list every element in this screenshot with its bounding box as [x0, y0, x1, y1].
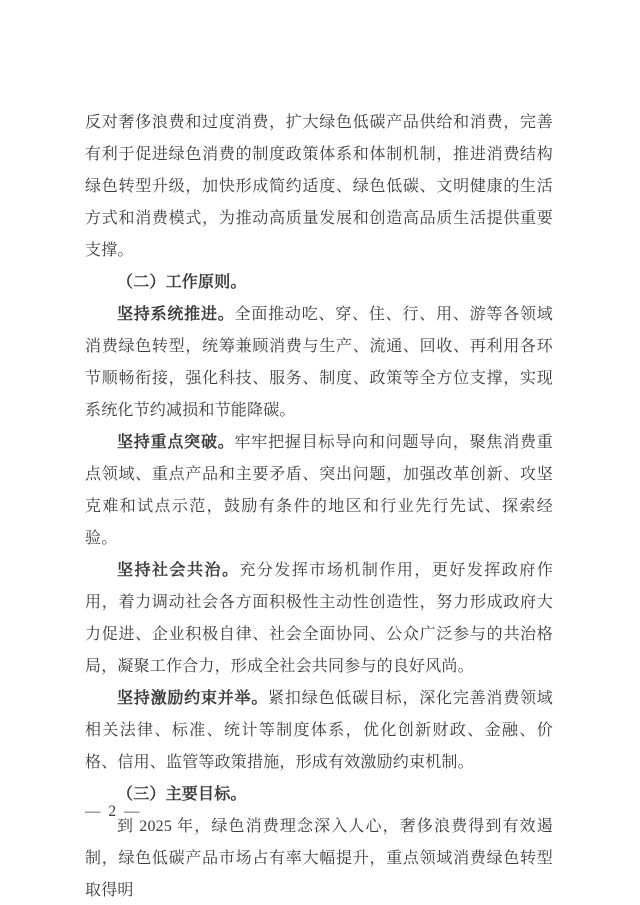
heading-main-goals: （三）主要目标。 [85, 779, 553, 811]
heading-work-principles: （二）工作原则。 [85, 267, 553, 299]
text-segment: 到 2025 年，绿色消费理念深入人心，奢侈浪费得到有效遏制，绿色低碳产品市场占… [85, 818, 553, 899]
heading-segment: 坚持社会共治。 [117, 562, 239, 579]
paragraph-principle-systematic-advance: 坚持系统推进。全面推动吃、穿、住、行、用、游等各领域消费绿色转型，统筹兼顾消费与… [85, 299, 553, 427]
heading-segment: 坚持系统推进。 [117, 306, 235, 323]
heading-segment: （二）工作原则。 [117, 274, 247, 291]
paragraph-principle-incentive-constraint: 坚持激励约束并举。紧扣绿色低碳目标，深化完善消费领域相关法律、标准、统计等制度体… [85, 683, 553, 779]
paragraph-principle-social-co-governance: 坚持社会共治。充分发挥市场机制作用，更好发挥政府作用，着力调动社会各方面积极性主… [85, 555, 553, 683]
paragraph-intro-continuation: 反对奢侈浪费和过度消费，扩大绿色低碳产品供给和消费，完善有利于促进绿色消费的制度… [85, 107, 553, 267]
text-segment: 反对奢侈浪费和过度消费，扩大绿色低碳产品供给和消费，完善有利于促进绿色消费的制度… [85, 114, 553, 259]
paragraph-principle-key-breakthrough: 坚持重点突破。牢牢把握目标导向和问题导向，聚焦消费重点领域、重点产品和主要矛盾、… [85, 427, 553, 555]
paragraph-goals-2025: 到 2025 年，绿色消费理念深入人心，奢侈浪费得到有效遏制，绿色低碳产品市场占… [85, 811, 553, 905]
document-body: 反对奢侈浪费和过度消费，扩大绿色低碳产品供给和消费，完善有利于促进绿色消费的制度… [85, 107, 553, 905]
heading-segment: 坚持激励约束并举。 [117, 690, 268, 707]
page-number: — 2 — [85, 800, 142, 824]
heading-segment: 坚持重点突破。 [117, 434, 235, 451]
document-page: 反对奢侈浪费和过度消费，扩大绿色低碳产品供给和消费，完善有利于促进绿色消费的制度… [0, 0, 640, 905]
